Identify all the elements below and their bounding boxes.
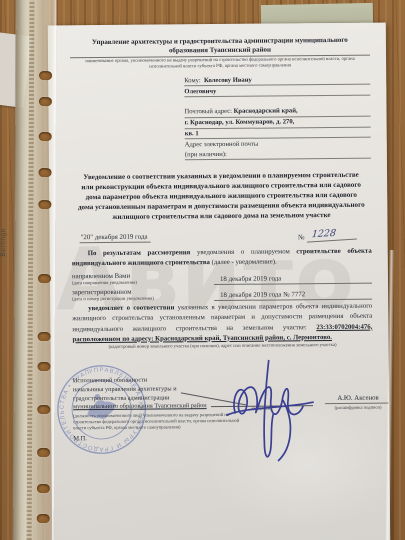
- binder-hole: [39, 132, 52, 141]
- paragraph-intro: По результатам рассмотрения уведомления …: [72, 246, 372, 269]
- binder-hole: [37, 405, 50, 414]
- document-title: Уведомление о соответствии указанных в у…: [71, 170, 371, 223]
- document-content: Управление архитектуры и градостроительс…: [48, 23, 389, 352]
- binder-hole: [38, 168, 51, 177]
- number-sign: №: [298, 234, 305, 241]
- binder-brand-label: Berlingo: [0, 228, 7, 257]
- registered-value: 18 декабря 2019 года № 7772: [214, 291, 372, 301]
- email-label-line2: (при наличии):: [185, 148, 371, 160]
- handwritten-number: 1228: [307, 228, 358, 243]
- official-caption: (должность уполномоченного лица уполномо…: [73, 412, 241, 431]
- paragraph-decision: уведомляет о соответствии указанных в ув…: [72, 302, 372, 345]
- registered-left: зарегистрированном (дата и номер регистр…: [72, 288, 210, 302]
- signer-name-block: А.Ю. Аксенов (расшифровка подписи): [325, 395, 391, 411]
- to-name-line1: Колесову Ивану: [204, 77, 252, 84]
- addressee-block: Кому: Колесову Ивану Олеговичу Почтовый …: [184, 74, 371, 160]
- registered-row: зарегистрированном (дата и номер регистр…: [72, 287, 372, 303]
- binder-hole: [38, 332, 51, 341]
- intro-regular-2: (далее - уведомление).: [210, 259, 277, 267]
- binder-hole: [39, 71, 52, 80]
- issuing-org-caption: наименование органа, уполномоченного на …: [70, 56, 370, 72]
- binder-hole: [38, 274, 51, 283]
- to-name-line2: Олеговичу: [184, 88, 216, 95]
- binder-hole: [37, 362, 50, 371]
- postal-value-line2: г. Краснодар, ул. Коммунаров, д. 270,: [185, 119, 295, 127]
- binder-hole: [37, 448, 50, 457]
- sheet-protector-seam: [27, 0, 35, 540]
- date-number-row: "20" декабря 2019 года № 1228: [72, 229, 372, 243]
- issuing-org-name: Управление архитектуры и градостроительс…: [70, 36, 370, 59]
- registered-caption: (дата и номер регистрации уведомления): [72, 296, 210, 302]
- postal-value-line1: Краснодарский край,: [234, 108, 298, 116]
- sent-row: направленном Вами (дата направления увед…: [72, 270, 372, 286]
- binder-hole: [38, 200, 51, 209]
- handwritten-signature: [223, 356, 322, 467]
- binder-hole: [37, 514, 50, 523]
- stamp-place-label: М.П.: [73, 434, 241, 444]
- sent-left: направленном Вами (дата направления увед…: [72, 272, 210, 286]
- signer-name-caption: (расшифровка подписи): [325, 405, 391, 411]
- postal-value-line3: кв. 1: [185, 130, 199, 137]
- sent-date-value: 18 декабря 2019 года: [214, 274, 372, 284]
- signer-name: А.Ю. Аксенов: [325, 395, 391, 405]
- document-paper: Авито Управление архитектуры и градостро…: [48, 23, 391, 540]
- sheet-protector-edge: [13, 0, 57, 540]
- document-number: № 1228: [298, 229, 358, 241]
- cadastral-caption: (кадастровый номер земельного участка (п…: [73, 343, 373, 351]
- intro-bold-1: По результатам рассмотрения: [88, 249, 191, 257]
- binder-hole: [37, 484, 50, 493]
- intro-regular-1: уведомления о планируемом: [190, 248, 296, 256]
- sent-caption: (дата направления уведомления): [72, 280, 210, 286]
- postal-label: Почтовый адрес:: [184, 108, 232, 115]
- document-date: "20" декабря 2019 года: [80, 233, 151, 243]
- binder-hole: [39, 97, 52, 106]
- decision-bold-1: уведомляет о соответствии: [88, 305, 174, 313]
- to-label: Кому:: [184, 77, 201, 84]
